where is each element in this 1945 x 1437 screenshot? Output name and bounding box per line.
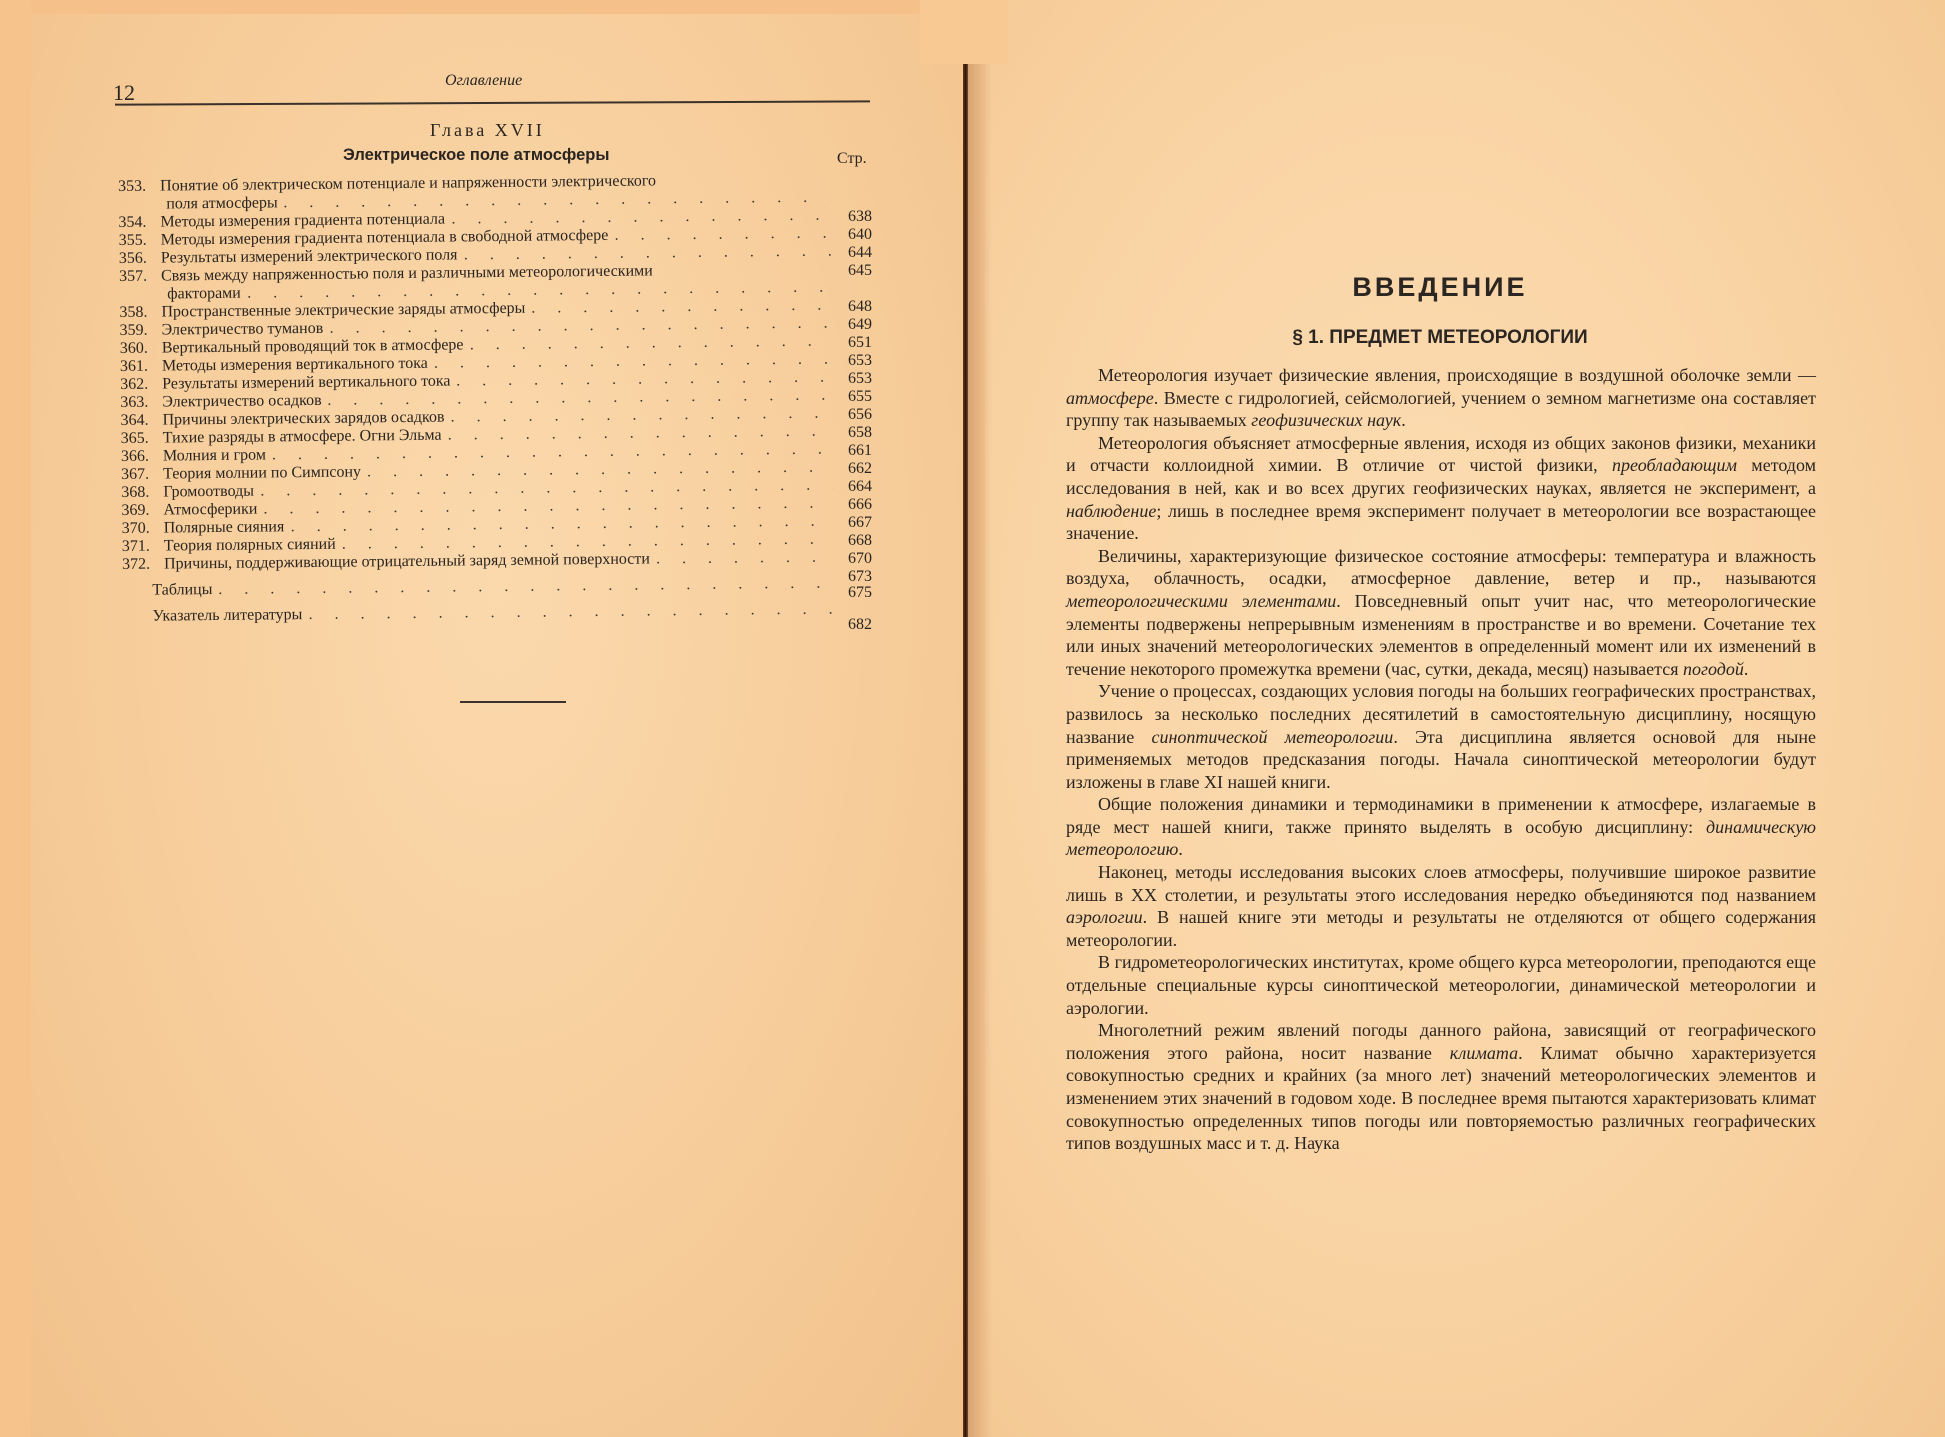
text-run: В гидрометеорологических институтах, кро… xyxy=(1066,952,1816,1017)
running-head: Оглавление xyxy=(445,72,522,90)
emphasized-term: геофизических наук xyxy=(1251,410,1401,430)
text-run: Общие положения динамики и термодинамики… xyxy=(1066,794,1816,837)
chapter-title: Электрическое поле атмосферы xyxy=(343,146,609,165)
toc-page-number: 670 xyxy=(848,550,872,568)
paragraph: Учение о процессах, создающих условия по… xyxy=(1066,680,1816,793)
toc-page-number: 668 xyxy=(848,532,872,550)
toc-page-number: 638 xyxy=(848,208,872,226)
table-of-contents: 353.Понятие об электрическом потенциале … xyxy=(118,171,835,626)
emphasized-term: наблюдение xyxy=(1066,501,1156,521)
toc-page-number: 662 xyxy=(848,460,872,478)
page-number: 12 xyxy=(113,80,135,106)
toc-page-number: 656 xyxy=(848,406,872,424)
leader-dots: . . . . . . . . . . . . . . . . . . . . … xyxy=(615,225,831,245)
toc-entry-title: Вертикальный проводящий ток в атмосфере xyxy=(162,336,464,356)
emphasized-term: метеорологическими элементами xyxy=(1066,591,1336,611)
toc-entry-number: 361. xyxy=(120,358,162,376)
emphasized-term: климата xyxy=(1450,1043,1518,1063)
toc-entry-title: Теория полярных сияний xyxy=(164,536,336,555)
text-run: . В нашей книге эти методы и результаты … xyxy=(1066,907,1816,950)
toc-entry-number: 364. xyxy=(120,412,162,430)
paragraph: Метеорология изучает физические явления,… xyxy=(1066,364,1816,432)
toc-entry-title: Таблицы xyxy=(152,581,212,599)
toc-page-number: 666 xyxy=(848,496,872,514)
toc-entry-title: Результаты измерений электрического поля xyxy=(161,246,458,266)
toc-page-number: 649 xyxy=(848,316,872,334)
emphasized-term: погодой xyxy=(1683,659,1744,679)
toc-entry-title: Полярные сияния xyxy=(164,518,285,536)
toc-entry-number: 363. xyxy=(120,394,162,412)
toc-entry-number: 368. xyxy=(121,484,163,502)
toc-entry-number: 356. xyxy=(119,250,161,268)
toc-entry-title: Методы измерения градиента потенциала xyxy=(160,211,445,231)
toc-entry-number: 360. xyxy=(120,340,162,358)
toc-entry-number: 358. xyxy=(119,304,161,322)
toc-entry-number: 355. xyxy=(119,232,161,250)
text-run: ; лишь в последнее время эксперимент пол… xyxy=(1066,501,1816,544)
body-text: Метеорология изучает физические явления,… xyxy=(1066,364,1816,1155)
toc-page-number: 682 xyxy=(848,616,872,634)
toc-page-number: 653 xyxy=(848,370,872,388)
toc-entry-title: Атмосферики xyxy=(163,501,257,519)
toc-entry-title: Тихие разряды в атмосфере. Огни Эльма xyxy=(163,427,442,447)
paragraph: Метеорология объясняет атмосферные явлен… xyxy=(1066,432,1816,545)
toc-page-number: 645 xyxy=(848,262,872,280)
toc-entry-title: Указатель литературы xyxy=(153,606,303,625)
section-heading: § 1. ПРЕДМЕТ МЕТЕОРОЛОГИИ xyxy=(1065,327,1815,349)
toc-entry-title: Громоотводы xyxy=(163,483,254,501)
toc-entry-number: 354. xyxy=(118,214,160,232)
text-run: . xyxy=(1744,659,1749,679)
toc-page-number: 640 xyxy=(848,226,872,244)
toc-entry-number: 353. xyxy=(118,178,160,196)
toc-entry-title: Электричество осадков xyxy=(162,392,321,411)
text-run: . xyxy=(1178,839,1183,859)
toc-page-number: 655 xyxy=(848,388,872,406)
toc-page-number: 648 xyxy=(848,298,872,316)
paragraph: Наконец, методы исследования высоких сло… xyxy=(1066,861,1816,951)
toc-page-number: 653 xyxy=(848,352,872,370)
text-run: Метеорология изучает физические явления,… xyxy=(1098,365,1816,385)
toc-entry-number: 370. xyxy=(122,520,164,538)
toc-entry-number: 365. xyxy=(121,430,163,448)
toc-entry-title: поля атмосферы xyxy=(166,194,278,212)
text-run: . xyxy=(1401,410,1406,430)
end-divider xyxy=(460,701,566,703)
scan-gap xyxy=(920,0,1008,64)
emphasized-term: преобладающим xyxy=(1612,455,1737,475)
emphasized-term: аэрологии xyxy=(1066,907,1143,927)
toc-entry-title: Электричество туманов xyxy=(162,320,324,339)
emphasized-term: синоптической метеорологии xyxy=(1151,727,1393,747)
toc-page-number: 644 xyxy=(848,244,872,262)
spine-shadow xyxy=(968,64,992,1437)
text-run: Величины, характеризующие физическое сос… xyxy=(1066,546,1816,589)
scan-frame-left xyxy=(0,0,31,1437)
toc-entry-title: Результаты измерений вертикального тока xyxy=(162,373,450,393)
toc-page-number: 651 xyxy=(848,334,872,352)
paragraph: Величины, характеризующие физическое сос… xyxy=(1066,545,1816,681)
emphasized-term: атмосфере xyxy=(1066,388,1154,408)
paragraph: Многолетний режим явлений погоды данного… xyxy=(1066,1019,1816,1155)
toc-entry-number: 366. xyxy=(121,448,163,466)
text-run: . Вместе с гидрологией, сейсмологией, уч… xyxy=(1066,388,1816,431)
paragraph: Общие положения динамики и термодинамики… xyxy=(1066,793,1816,861)
toc-page-number: 675 xyxy=(848,584,872,602)
toc-page-number: 658 xyxy=(848,424,872,442)
chapter-heading: ВВЕДЕНИЕ xyxy=(1065,272,1815,303)
toc-entry-number: 362. xyxy=(120,376,162,394)
book-spine xyxy=(963,64,968,1437)
toc-entry-number: 372. xyxy=(122,556,164,574)
toc-page-number: 664 xyxy=(848,478,872,496)
toc-entry-title: Теория молнии по Симпсону xyxy=(163,463,361,482)
toc-entry-number: 357. xyxy=(119,268,161,286)
toc-entry-number: 371. xyxy=(122,538,164,556)
toc-entry-title: факторами xyxy=(167,285,241,303)
paragraph: В гидрометеорологических институтах, кро… xyxy=(1066,951,1816,1019)
toc-entry-title: Молния и гром xyxy=(163,446,266,464)
page-column-label: Стр. xyxy=(837,150,867,168)
leader-dots: . . . . . . . . . . . . . . . . . . . . … xyxy=(656,549,834,569)
toc-page-number: 667 xyxy=(848,514,872,532)
text-run: Наконец, методы исследования высоких сло… xyxy=(1066,862,1816,905)
toc-entry-number: 369. xyxy=(121,502,163,520)
toc-entry-title: Методы измерения вертикального тока xyxy=(162,355,428,375)
chapter-label: Глава XVII xyxy=(430,120,545,141)
toc-page-number: 661 xyxy=(848,442,872,460)
toc-entry-number: 367. xyxy=(121,466,163,484)
toc-entry-number: 359. xyxy=(120,322,162,340)
toc-entry-title: Причины электрических зарядов осадков xyxy=(162,409,444,429)
